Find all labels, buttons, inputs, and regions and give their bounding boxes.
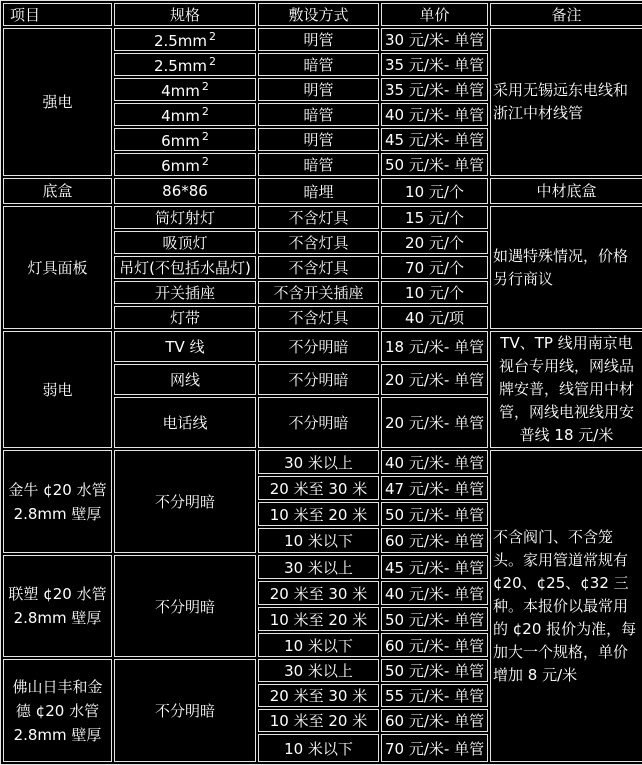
method-cell: 10 米至 20 米 <box>258 607 379 631</box>
table-row: 弱电 TV 线 不分明暗 18 元/米- 单管 TV、TP 线用南京电视台专用线… <box>3 331 642 362</box>
spec-cell: 不分明暗 <box>114 659 256 762</box>
spec-cell: 开关插座 <box>114 281 256 304</box>
spec-cell: 灯带 <box>114 306 256 329</box>
spec-text: 4mm <box>161 107 200 125</box>
price-cell: 20 元/米- 单管 <box>381 397 488 449</box>
method-cell: 不分明暗 <box>258 364 379 394</box>
method-cell: 不分明暗 <box>258 331 379 362</box>
method-cell: 10 米以下 <box>258 734 379 762</box>
method-cell: 不含灯具 <box>258 206 379 229</box>
table-header-row: 项目 规格 敷设方式 单价 备注 <box>3 3 642 26</box>
spec-superscript: 2 <box>202 155 209 168</box>
item-cell-bottom-box: 底盒 <box>3 178 112 204</box>
method-cell: 不含灯具 <box>258 306 379 329</box>
spec-cell: 4mm2 <box>114 103 256 126</box>
price-cell: 10 元/个 <box>381 281 488 304</box>
method-cell: 20 米至 30 米 <box>258 684 379 707</box>
spec-cell: 吸顶灯 <box>114 231 256 254</box>
header-spec: 规格 <box>114 3 256 26</box>
spec-cell: 吊灯(不包括水晶灯) <box>114 256 256 279</box>
method-cell: 10 米至 20 米 <box>258 709 379 732</box>
table-row: 灯具面板 筒灯射灯 不含灯具 15 元/个 如遇特殊情况，价格另行商议 <box>3 206 642 229</box>
price-table: 项目 规格 敷设方式 单价 备注 强电 2.5mm2 明管 30 元/米- 单管… <box>0 0 642 765</box>
method-cell: 暗管 <box>258 53 379 76</box>
method-cell: 10 米以下 <box>258 633 379 657</box>
method-cell: 暗管 <box>258 153 379 176</box>
spec-text: 4mm <box>161 82 200 100</box>
item-cell-strong-electric: 强电 <box>3 28 112 176</box>
spec-text: 6mm <box>161 157 200 175</box>
method-cell: 明管 <box>258 128 379 151</box>
item-cell-liansu-pipe: 联塑 ¢20 水管 2.8mm 壁厚 <box>3 555 112 657</box>
spec-cell: 筒灯射灯 <box>114 206 256 229</box>
spec-cell: 网线 <box>114 364 256 394</box>
item-cell-jinniu-pipe: 金牛 ¢20 水管 2.8mm 壁厚 <box>3 450 112 553</box>
spec-cell: 6mm2 <box>114 128 256 151</box>
spec-cell: 电话线 <box>114 397 256 449</box>
method-cell: 10 米至 20 米 <box>258 502 379 526</box>
method-cell: 明管 <box>258 28 379 51</box>
method-cell: 不含灯具 <box>258 231 379 254</box>
note-cell-water-pipes: 不含阀门、不含笼头。家用管道常规有 ¢20、¢25、¢32 三种。本报价以最常用… <box>490 450 642 762</box>
header-note: 备注 <box>490 3 642 26</box>
price-cell: 40 元/米- 单管 <box>381 103 488 126</box>
quotation-page: 项目 规格 敷设方式 单价 备注 强电 2.5mm2 明管 30 元/米- 单管… <box>0 0 642 765</box>
spec-cell: 2.5mm2 <box>114 28 256 51</box>
price-cell: 60 元/米- 单管 <box>381 709 488 732</box>
method-cell: 10 米以下 <box>258 528 379 553</box>
price-cell: 55 元/米- 单管 <box>381 684 488 707</box>
method-cell: 20 米至 30 米 <box>258 581 379 605</box>
price-cell: 60 元/米- 单管 <box>381 528 488 553</box>
method-cell: 30 米以上 <box>258 555 379 579</box>
spec-text: 6mm <box>161 132 200 150</box>
table-row: 强电 2.5mm2 明管 30 元/米- 单管 采用无锡远东电线和浙江中材线管 <box>3 28 642 51</box>
header-item: 项目 <box>3 3 112 26</box>
spec-cell: 不分明暗 <box>114 555 256 657</box>
price-cell: 20 元/个 <box>381 231 488 254</box>
spec-cell: 6mm2 <box>114 153 256 176</box>
price-cell: 35 元/米- 单管 <box>381 53 488 76</box>
price-cell: 60 元/米- 单管 <box>381 633 488 657</box>
method-cell: 30 米以上 <box>258 450 379 474</box>
method-cell: 20 米至 30 米 <box>258 476 379 500</box>
note-cell-bottom-box: 中材底盒 <box>490 178 642 204</box>
item-cell-weak-electric: 弱电 <box>3 331 112 448</box>
price-cell: 50 元/米- 单管 <box>381 153 488 176</box>
header-method: 敷设方式 <box>258 3 379 26</box>
item-cell-lighting-panel: 灯具面板 <box>3 206 112 329</box>
price-cell: 30 元/米- 单管 <box>381 28 488 51</box>
method-cell: 明管 <box>258 78 379 101</box>
spec-superscript: 2 <box>202 105 209 118</box>
price-cell: 20 元/米- 单管 <box>381 364 488 394</box>
table-row: 底盒 86*86 暗埋 10 元/个 中材底盒 <box>3 178 642 204</box>
price-cell: 45 元/米- 单管 <box>381 128 488 151</box>
header-price: 单价 <box>381 3 488 26</box>
price-cell: 50 元/米- 单管 <box>381 607 488 631</box>
price-cell: 50 元/米- 单管 <box>381 659 488 682</box>
spec-superscript: 2 <box>202 80 209 93</box>
method-cell: 不含灯具 <box>258 256 379 279</box>
method-cell: 暗管 <box>258 103 379 126</box>
price-cell: 45 元/米- 单管 <box>381 555 488 579</box>
price-cell: 47 元/米- 单管 <box>381 476 488 500</box>
spec-superscript: 2 <box>209 55 216 68</box>
price-cell: 35 元/米- 单管 <box>381 78 488 101</box>
price-cell: 15 元/个 <box>381 206 488 229</box>
spec-cell: 不分明暗 <box>114 450 256 553</box>
method-cell: 30 米以上 <box>258 659 379 682</box>
spec-text: 2.5mm <box>154 57 207 75</box>
spec-superscript: 2 <box>202 130 209 143</box>
spec-cell: 2.5mm2 <box>114 53 256 76</box>
table-row: 金牛 ¢20 水管 2.8mm 壁厚 不分明暗 30 米以上 40 元/米- 单… <box>3 450 642 474</box>
price-cell: 70 元/米- 单管 <box>381 734 488 762</box>
spec-superscript: 2 <box>209 30 216 43</box>
price-cell: 40 元/米- 单管 <box>381 581 488 605</box>
spec-text: 2.5mm <box>154 32 207 50</box>
method-cell: 不分明暗 <box>258 397 379 449</box>
spec-cell: 86*86 <box>114 178 256 204</box>
spec-cell: 4mm2 <box>114 78 256 101</box>
spec-cell: TV 线 <box>114 331 256 362</box>
price-cell: 40 元/项 <box>381 306 488 329</box>
method-cell: 不含开关插座 <box>258 281 379 304</box>
price-cell: 40 元/米- 单管 <box>381 450 488 474</box>
price-cell: 70 元/个 <box>381 256 488 279</box>
price-cell: 50 元/米- 单管 <box>381 502 488 526</box>
note-cell-strong-electric: 采用无锡远东电线和浙江中材线管 <box>490 28 642 176</box>
item-cell-foshan-pipe: 佛山日丰和金 德 ¢20 水管 2.8mm 壁厚 <box>3 659 112 762</box>
method-cell: 暗埋 <box>258 178 379 204</box>
note-cell-weak-electric: TV、TP 线用南京电视台专用线，网线品牌安普，线管用中材管，网线电视线用安普线… <box>490 331 642 448</box>
price-cell: 10 元/个 <box>381 178 488 204</box>
note-cell-lighting-panel: 如遇特殊情况，价格另行商议 <box>490 206 642 329</box>
price-cell: 18 元/米- 单管 <box>381 331 488 362</box>
